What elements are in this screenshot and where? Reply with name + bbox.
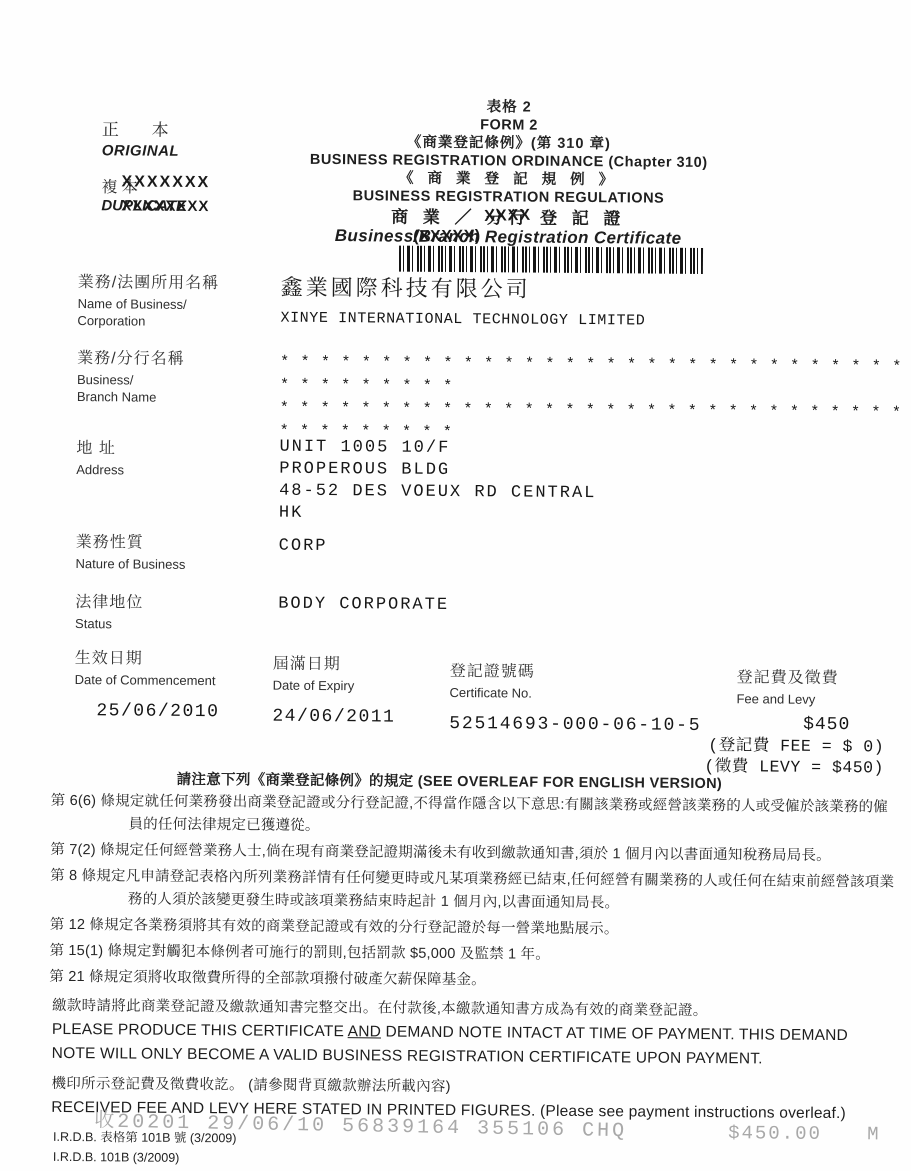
- address-label-en: Address: [76, 461, 271, 480]
- nature-value: CORP: [279, 537, 328, 556]
- address-label-zh: 地 址: [76, 435, 271, 460]
- nature-label-en: Nature of Business: [75, 555, 270, 574]
- certificate-title-zh-prefix: 商 業 ／: [391, 208, 486, 228]
- field-value-branch: * * * * * * * * * * * * * * * * * * * * …: [280, 351, 909, 448]
- regulations-list: 第 6(6) 條規定就任何業務發出商業登記證或分行登記證,不得當作隱含以下意思:…: [49, 790, 899, 999]
- branch-label-en: Business/ Branch Name: [77, 371, 272, 407]
- certificate-no-label-en: Certificate No.: [449, 684, 701, 703]
- field-value-status: BODY CORPORATE: [278, 595, 449, 615]
- certificate-document: 正 本 ORIGINAL 複 本 XXXXXXX DUPLICATE XXXXX…: [0, 0, 911, 1171]
- certificate-title-en-suffix: Registration Certificate: [480, 227, 682, 248]
- fee-total: $450: [554, 713, 884, 737]
- status-value: BODY CORPORATE: [278, 595, 449, 615]
- field-label-status: 法律地位 Status: [75, 589, 270, 634]
- expiry-value: 24/06/2011: [272, 707, 395, 728]
- scan-tilt-wrapper: 正 本 ORIGINAL 複 本 XXXXXXX DUPLICATE XXXXX…: [0, 0, 911, 1171]
- form-header: 表格 2 FORM 2 《商業登記條例》(第 310 章) BUSINESS R…: [138, 97, 879, 249]
- expiry-column: 屆滿日期 Date of Expiry 24/06/2011: [272, 651, 396, 728]
- certificate-no-label-zh: 登記證號碼: [450, 658, 702, 683]
- certificate-title-zh-suffix: 登 記 證: [530, 209, 625, 229]
- fee-levy-column: 登記費及徵費 Fee and Levy: [736, 664, 838, 708]
- regulation-item: 第 7(2) 條規定任何經營業務人士,倘在現有商業登記證期滿後未有收到繳款通知書…: [50, 839, 898, 869]
- nature-label-zh: 業務性質: [76, 529, 271, 554]
- payment-en-paragraph: PLEASE PRODUCE THIS CERTIFICATE AND DEMA…: [52, 1018, 864, 1072]
- certificate-title-en: Business/Branch(XXXXX) Registration Cert…: [138, 226, 878, 249]
- payment-en-and-underlined: AND: [348, 1023, 381, 1040]
- expiry-label-en: Date of Expiry: [273, 677, 396, 695]
- commencement-value: 25/06/2010: [96, 701, 219, 722]
- commencement-label-en: Date of Commencement: [75, 671, 220, 689]
- business-name-zh: 鑫業國際科技有限公司: [281, 271, 646, 305]
- field-label-name: 業務/法團所用名稱 Name of Business/ Corporation: [77, 269, 272, 331]
- fee-line: (登記費 FEE = $ 0): [554, 734, 884, 758]
- stamp-amount: $450.00: [728, 1122, 822, 1145]
- field-label-nature: 業務性質 Nature of Business: [75, 529, 270, 574]
- field-value-address: UNIT 1005 10/F PROPEROUS BLDG 48-52 DES …: [279, 437, 597, 527]
- footer-line2: I.R.D.B. 101B (3/2009): [53, 1147, 237, 1168]
- form-footer: I.R.D.B. 表格第 101B 號 (3/2009) I.R.D.B. 10…: [53, 1127, 237, 1168]
- status-label-zh: 法律地位: [75, 589, 270, 614]
- field-label-branch: 業務/分行名稱 Business/ Branch Name: [77, 345, 272, 407]
- field-value-nature: CORP: [279, 537, 328, 556]
- status-label-en: Status: [75, 615, 270, 634]
- certificate-title-en-overstrike: (XXXXX): [413, 228, 481, 246]
- commencement-label-zh: 生效日期: [75, 645, 220, 669]
- regulation-item: 第 6(6) 條規定就任何業務發出商業登記證或分行登記證,不得當作隱含以下意思:…: [50, 790, 898, 843]
- payment-en-part1: PLEASE PRODUCE THIS CERTIFICATE: [52, 1021, 348, 1040]
- barcode: [399, 246, 703, 274]
- certificate-title-en-prefix: Business/: [335, 226, 419, 246]
- certificate-title-zh-overstrike: XXXX: [484, 207, 531, 225]
- field-value-name: 鑫業國際科技有限公司 XINYE INTERNATIONAL TECHNOLOG…: [280, 271, 645, 330]
- name-label-zh: 業務/法團所用名稱: [78, 269, 273, 294]
- regulation-item: 第 21 條規定須將收取徵費所得的全部款項撥付破產欠薪保障基金。: [49, 966, 897, 996]
- branch-label-zh: 業務/分行名稱: [77, 345, 272, 370]
- fee-breakdown: $450 (登記費 FEE = $ 0) (徵費 LEVY = $450): [554, 713, 884, 779]
- stamp-m-mark: M: [867, 1123, 879, 1145]
- business-name-en: XINYE INTERNATIONAL TECHNOLOGY LIMITED: [280, 310, 645, 330]
- duplicate-zh-struck: 複 本 XXXXXXX: [101, 174, 138, 197]
- footer-line1: I.R.D.B. 表格第 101B 號 (3/2009): [53, 1127, 237, 1148]
- expiry-label-zh: 屆滿日期: [273, 651, 396, 675]
- address-value: UNIT 1005 10/F PROPEROUS BLDG 48-52 DES …: [279, 437, 597, 527]
- regulation-item: 第 12 條規定各業務須將其有效的商業登記證或有效的分行登記證於每一營業地點展示…: [50, 914, 898, 944]
- fee-levy-label-zh: 登記費及徵費: [737, 664, 839, 688]
- branch-name-stars: * * * * * * * * * * * * * * * * * * * * …: [280, 351, 909, 448]
- fee-levy-label-en: Fee and Levy: [736, 690, 838, 708]
- name-label-en: Name of Business/ Corporation: [77, 295, 272, 331]
- regulation-item: 第 8 條規定凡申請登記表格內所列業務詳情有任何變更時或凡某項業務經已結束,任何…: [50, 865, 898, 918]
- field-label-address: 地 址 Address: [76, 435, 271, 480]
- commencement-column: 生效日期 Date of Commencement 25/06/2010: [74, 645, 220, 722]
- regulation-item: 第 15(1) 條規定對觸犯本條例者可施行的罰則,包括罰款 $5,000 及監禁…: [49, 940, 897, 970]
